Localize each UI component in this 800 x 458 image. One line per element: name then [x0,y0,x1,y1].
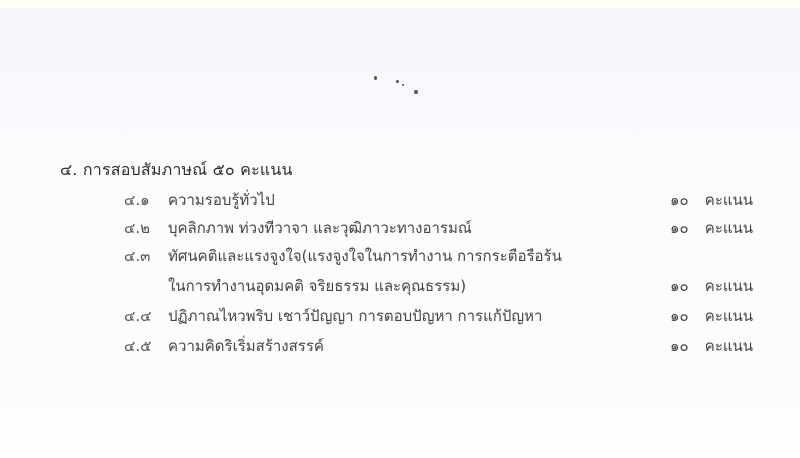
score-value: ๑๐ [670,216,700,240]
item-description: บุคลิกภาพ ท่วงทีวาจา และวุฒิภาวะทางอารมณ… [168,216,472,240]
item-description: ปฏิภาณไหวพริบ เชาว์ปัญญา การตอบปัญหา การ… [168,304,542,328]
item-number: ๔.๒ [124,216,168,240]
item-number: ๔.๕ [124,334,168,358]
scan-top-edge [0,0,800,8]
section-heading: ๔. การสอบสัมภาษณ์ ๕๐ คะแนน [60,158,293,183]
score-value: ๑๐ [670,274,700,298]
item-score: ๑๐ คะแนน [670,334,753,358]
section-title: การสอบสัมภาษณ์ ๕๐ คะแนน [83,160,293,179]
item-description-continued: ในการทำงานอุดมคติ จริยธรรม และคุณธรรม) [124,274,466,298]
item-score: ๑๐ คะแนน [670,188,753,212]
item-score: ๑๐ คะแนน [670,274,753,298]
score-unit: คะแนน [705,337,753,355]
score-unit: คะแนน [705,191,753,209]
scan-specks [368,70,438,106]
score-value: ๑๐ [670,304,700,328]
item-number: ๔.๑ [124,188,168,212]
section-number: ๔. [60,160,78,179]
item-description: ความคิดริเริ่มสร้างสรรค์ [168,334,324,358]
item-number: ๔.๔ [124,304,168,328]
item-description: ทัศนคติและแรงจูงใจ(แรงจูงใจในการทำงาน กา… [168,244,562,268]
score-value: ๑๐ [670,188,700,212]
score-unit: คะแนน [705,277,753,295]
criteria-item: ๔.๓ทัศนคติและแรงจูงใจ(แรงจูงใจในการทำงาน… [124,244,774,268]
item-description: ความรอบรู้ทั่วไป [168,188,275,212]
score-unit: คะแนน [705,219,753,237]
score-unit: คะแนน [705,307,753,325]
item-score: ๑๐ คะแนน [670,304,753,328]
item-number: ๔.๓ [124,244,168,268]
item-score: ๑๐ คะแนน [670,216,753,240]
score-value: ๑๐ [670,334,700,358]
